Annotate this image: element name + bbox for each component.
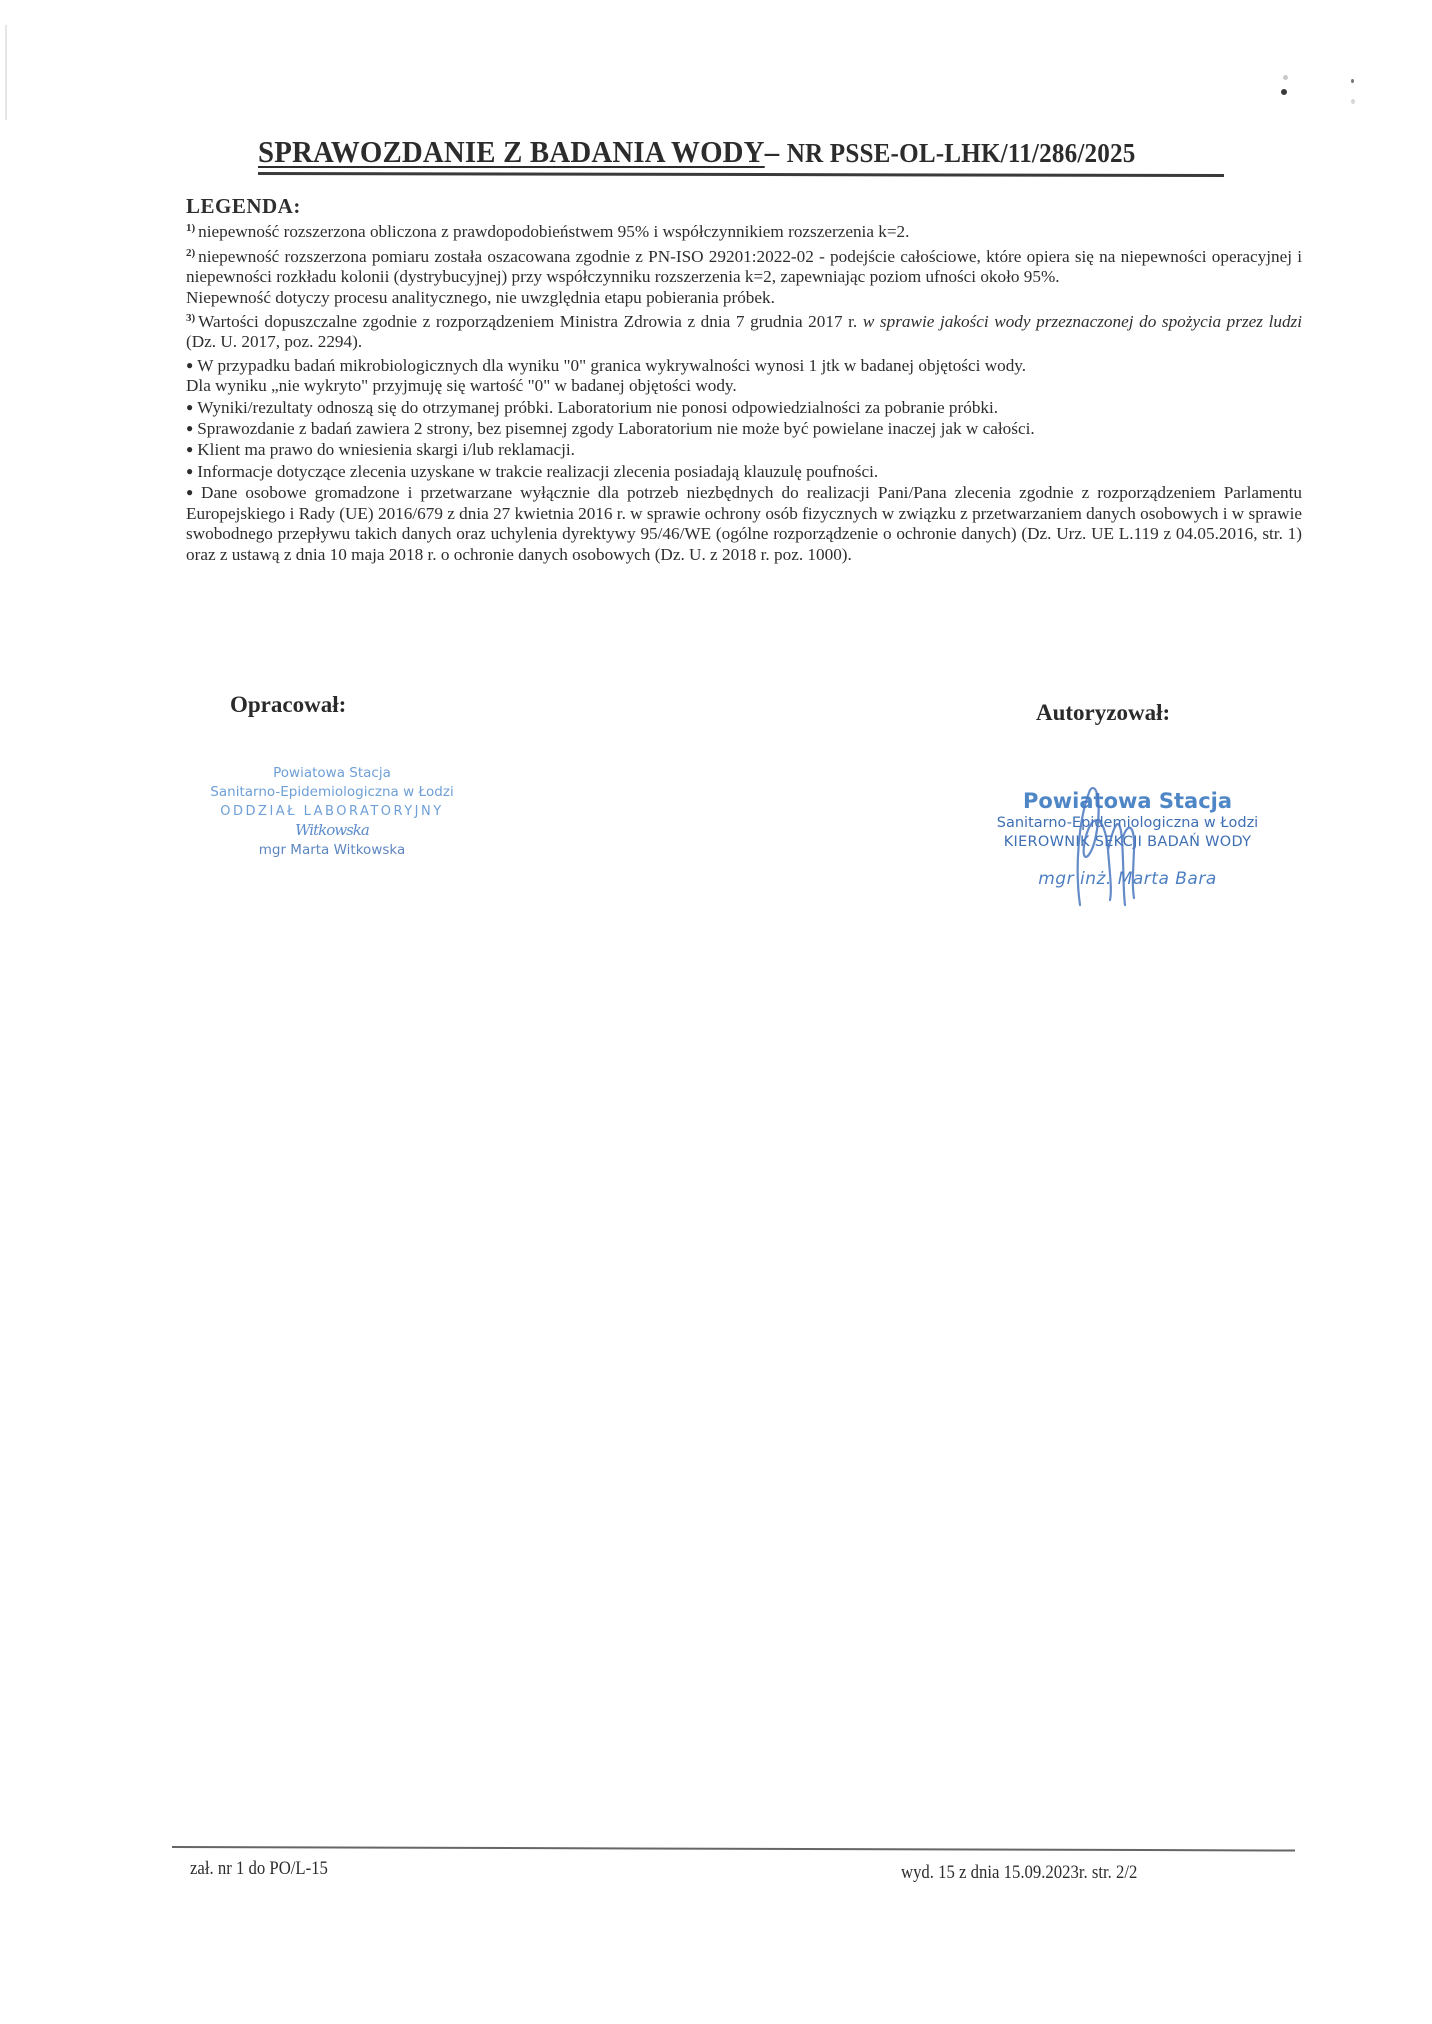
scan-edge-artifact bbox=[5, 25, 7, 120]
bullet-icon: ● bbox=[186, 358, 193, 372]
signature-scribble-icon bbox=[1060, 780, 1150, 910]
bullet-icon: ● bbox=[186, 421, 193, 435]
title-underline bbox=[258, 172, 1224, 177]
stamp-institution-type: Sanitarno-Epidemiologiczna w Łodzi bbox=[182, 783, 482, 802]
bullet-text: Dane osobowe gromadzone i przetwarzane w… bbox=[186, 483, 1302, 563]
bullet-text: W przypadku badań mikrobiologicznych dla… bbox=[197, 356, 1026, 375]
footer-edition-page: wyd. 15 z dnia 15.09.2023r. str. 2/2 bbox=[901, 1862, 1137, 1884]
stamp-department: ODDZIAŁ LABORATORYJNY bbox=[182, 802, 482, 821]
bullet-continuation: Dla wyniku „nie wykryto" przyjmuję się w… bbox=[186, 376, 1302, 396]
stamp-person-name: mgr Marta Witkowska bbox=[182, 841, 482, 860]
uncertainty-note: Niepewność dotyczy procesu analitycznego… bbox=[186, 288, 1302, 308]
bullet-item: ●W przypadku badań mikrobiologicznych dl… bbox=[186, 355, 1302, 376]
handwritten-signature: Witkowska bbox=[182, 821, 482, 841]
bullet-item: ●Klient ma prawo do wniesienia skargi i/… bbox=[186, 439, 1302, 460]
legend-note-3-regulation-title: w sprawie jakości wody przeznaczonej do … bbox=[863, 312, 1302, 331]
bullet-icon: ● bbox=[186, 464, 193, 478]
legend-note-3: 3)Wartości dopuszczalne zgodnie z rozpor… bbox=[186, 308, 1302, 353]
bullet-item: ●Wyniki/rezultaty odnoszą się do otrzyma… bbox=[186, 397, 1302, 418]
document-title: SPRAWOZDANIE Z BADANIA WODY– NR PSSE-OL-… bbox=[258, 134, 1169, 170]
footer-divider bbox=[172, 1846, 1295, 1852]
authorized-by-label: Autoryzował: bbox=[1036, 700, 1170, 726]
footnote-marker: 3) bbox=[186, 312, 195, 324]
legend-note-1: 1)niepewność rozszerzona obliczona z pra… bbox=[186, 218, 1302, 242]
footer-annex-reference: zał. nr 1 do PO/L-15 bbox=[190, 1858, 328, 1880]
scan-speck bbox=[1283, 75, 1288, 80]
scan-speck bbox=[1351, 99, 1355, 104]
legend-section: LEGENDA: 1)niepewność rozszerzona oblicz… bbox=[186, 196, 1302, 565]
document-number: NR PSSE-OL-LHK/11/286/2025 bbox=[787, 138, 1136, 168]
bullet-item: ●Dane osobowe gromadzone i przetwarzane … bbox=[186, 482, 1302, 565]
bullet-text: Wyniki/rezultaty odnoszą się do otrzyman… bbox=[197, 398, 998, 417]
prepared-by-stamp: Powiatowa Stacja Sanitarno-Epidemiologic… bbox=[182, 764, 482, 860]
bullet-icon: ● bbox=[186, 485, 197, 499]
prepared-by-label: Opracował: bbox=[230, 692, 346, 718]
legend-note-2-text: niepewność rozszerzona pomiaru została o… bbox=[186, 247, 1302, 286]
scan-speck bbox=[1281, 89, 1287, 95]
bullet-text: Informacje dotyczące zlecenia uzyskane w… bbox=[197, 462, 878, 481]
legend-note-3-text: Wartości dopuszczalne zgodnie z rozporzą… bbox=[198, 312, 857, 331]
legend-note-3-reference: (Dz. U. 2017, poz. 2294). bbox=[186, 332, 362, 351]
legend-note-2: 2)niepewność rozszerzona pomiaru została… bbox=[186, 243, 1302, 288]
bullet-icon: ● bbox=[186, 442, 193, 456]
bullet-item: ●Sprawozdanie z badań zawiera 2 strony, … bbox=[186, 418, 1302, 439]
legend-heading: LEGENDA: bbox=[186, 196, 1302, 216]
legend-note-1-text: niepewność rozszerzona obliczona z prawd… bbox=[198, 222, 909, 241]
bullet-icon: ● bbox=[186, 400, 193, 414]
bullet-item: ●Informacje dotyczące zlecenia uzyskane … bbox=[186, 461, 1302, 482]
document-title-main: SPRAWOZDANIE Z BADANIA WODY bbox=[258, 134, 765, 169]
bullet-text: Klient ma prawo do wniesienia skargi i/l… bbox=[197, 440, 575, 459]
footnote-marker: 1) bbox=[186, 222, 195, 234]
scan-speck bbox=[1351, 79, 1354, 83]
stamp-institution: Powiatowa Stacja bbox=[182, 764, 482, 783]
document-title-separator: – bbox=[765, 134, 787, 169]
footnote-marker: 2) bbox=[186, 247, 195, 259]
bullet-text: Sprawozdanie z badań zawiera 2 strony, b… bbox=[197, 419, 1034, 438]
